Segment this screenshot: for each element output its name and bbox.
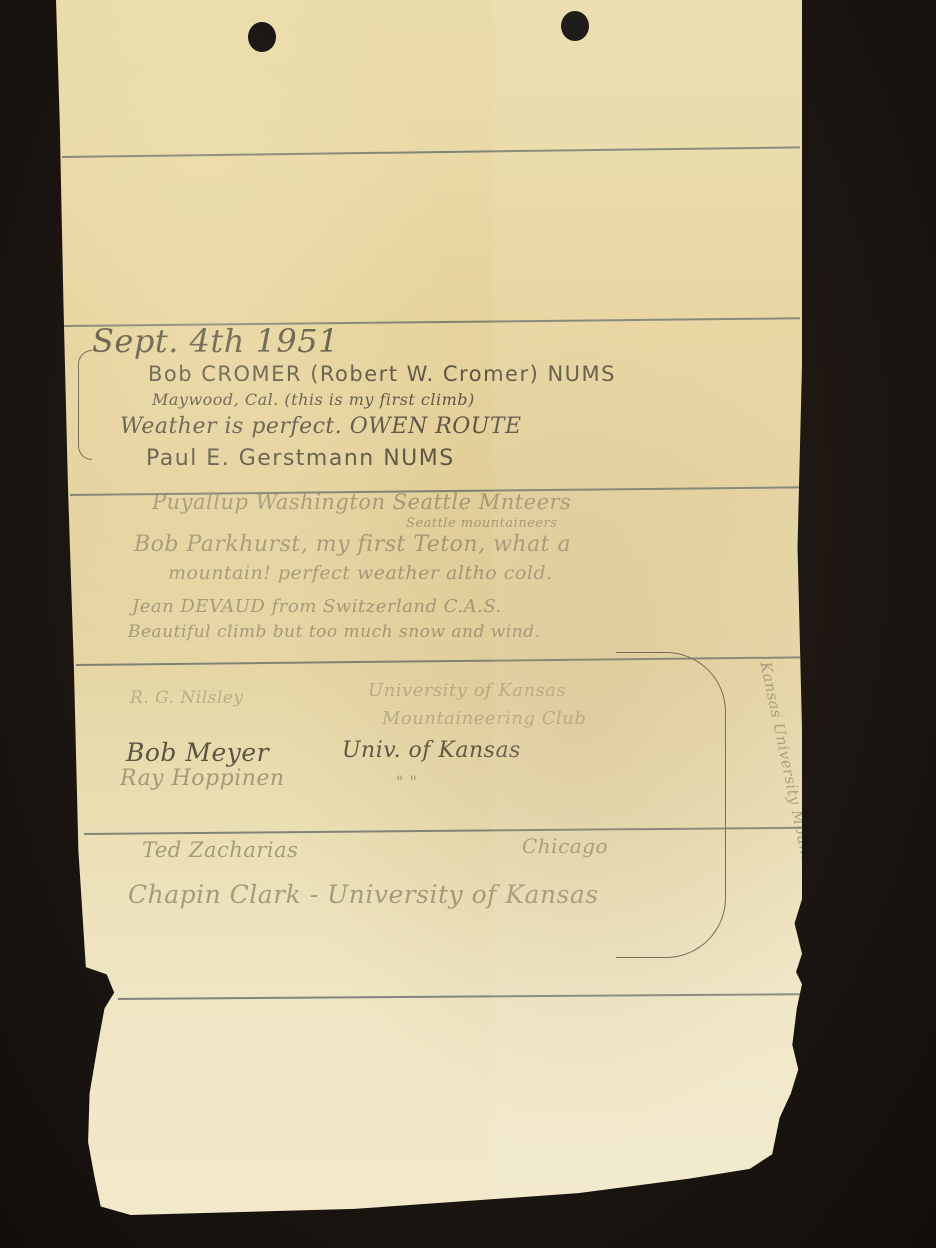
entry-3-line-3-right: Univ. of Kansas — [342, 738, 521, 763]
entry-3-line-1-right: University of Kansas — [368, 680, 566, 701]
ruled-line — [62, 146, 800, 157]
entry-2-line-1: Puyallup Washington Seattle Mnteers — [152, 490, 571, 514]
entry-2-line-2: Bob Parkhurst, my first Teton, what a — [134, 532, 571, 557]
entry-3-line-2-right: Mountaineering Club — [382, 708, 586, 729]
entry-4-line-1-right: Chicago — [522, 834, 608, 858]
bracket-right — [616, 652, 726, 958]
punch-hole-right — [561, 11, 589, 41]
punch-hole-left — [248, 22, 276, 52]
entry-4-line-1: Ted Zacharias — [142, 838, 298, 862]
entry-2-line-1-above: Seattle mountaineers — [406, 516, 557, 531]
margin-note: Kansas University Mountaineering Club — [756, 660, 841, 980]
entry-3-line-4: Ray Hoppinen — [120, 766, 285, 791]
entry-4-line-2: Chapin Clark - University of Kansas — [128, 880, 599, 909]
entry-3-line-1: R. G. Nilsley — [130, 688, 243, 708]
entry-1-line-1: Bob CROMER (Robert W. Cromer) NUMS — [148, 362, 616, 386]
entry-3-line-3: Bob Meyer — [126, 738, 269, 767]
entry-3-line-4-right: " " — [396, 772, 417, 791]
ruled-line — [118, 993, 804, 999]
entry-2-line-4: Jean DEVAUD from Switzerland C.A.S. — [132, 596, 502, 617]
entry-1-line-3: Weather is perfect. OWEN ROUTE — [120, 414, 522, 439]
register-page: Sept. 4th 1951 Bob CROMER (Robert W. Cro… — [56, 0, 802, 1215]
entry-2-line-3: mountain! perfect weather altho cold. — [168, 562, 553, 584]
entry-2-line-5: Beautiful climb but too much snow and wi… — [128, 622, 540, 642]
entry-1-line-2: Maywood, Cal. (this is my first climb) — [152, 390, 475, 409]
entry-1-line-4: Paul E. Gerstmann NUMS — [146, 446, 455, 471]
entry-date: Sept. 4th 1951 — [92, 322, 339, 360]
bracket-left — [78, 350, 92, 460]
